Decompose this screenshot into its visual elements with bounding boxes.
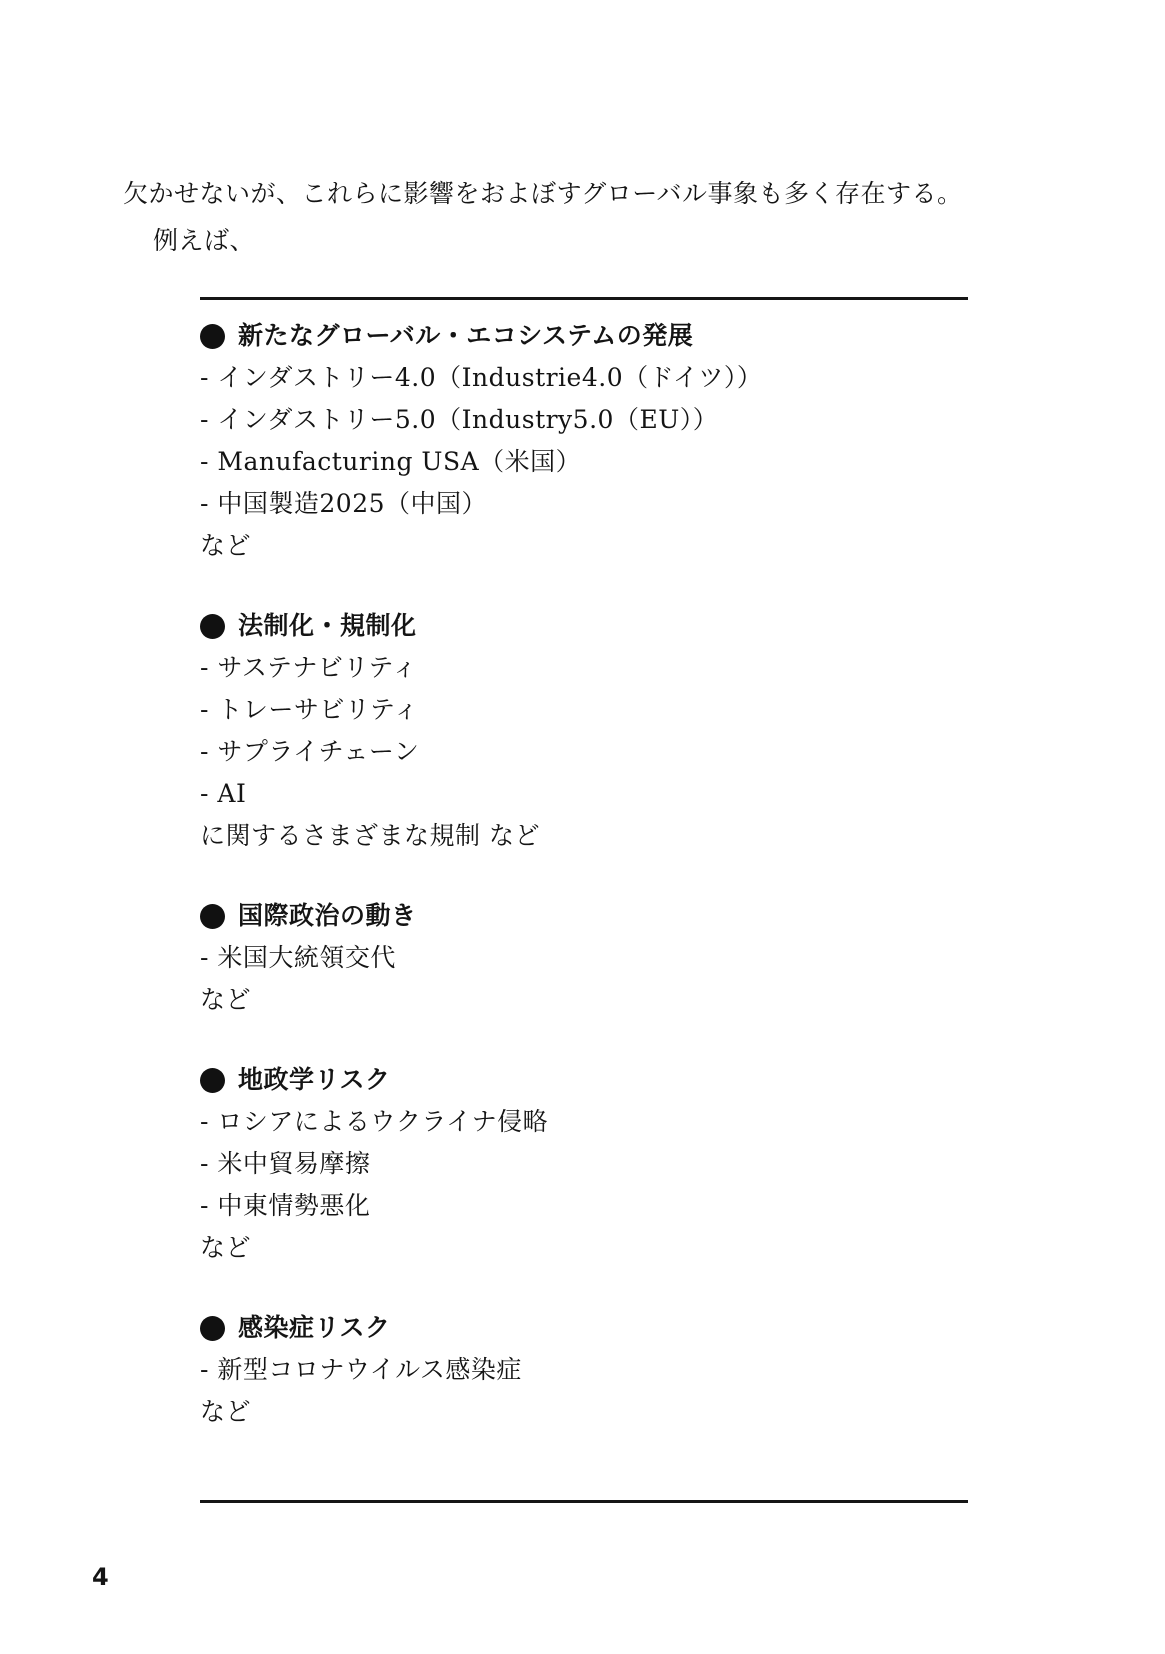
topic-item: - 米中貿易摩擦 xyxy=(200,1143,968,1185)
topic-item: に関するさまざまな規制 など xyxy=(200,815,968,857)
topic-heading-text: 地政学リスク xyxy=(238,1059,391,1101)
topic-item: - 米国大統領交代 xyxy=(200,937,968,979)
topic-item: - 中国製造2025（中国） xyxy=(200,483,968,525)
topic-heading: 地政学リスク xyxy=(200,1059,968,1101)
topic-section: 地政学リスク - ロシアによるウクライナ侵略 - 米中貿易摩擦 - 中東情勢悪化… xyxy=(200,1059,968,1269)
topic-heading: 法制化・規制化 xyxy=(200,605,968,647)
topic-heading-text: 国際政治の動き xyxy=(238,895,417,937)
topic-section: 国際政治の動き - 米国大統領交代 など xyxy=(200,895,968,1021)
topic-section: 新たなグローバル・エコシステムの発展 - インダストリー4.0（Industri… xyxy=(200,315,968,567)
bullet-icon xyxy=(200,1316,225,1341)
topic-heading-text: 法制化・規制化 xyxy=(238,605,417,647)
topic-heading-text: 感染症リスク xyxy=(238,1307,391,1349)
topic-heading: 感染症リスク xyxy=(200,1307,968,1349)
topic-item-list: - サステナビリティ - トレーサビリティ - サプライチェーン - AI に関… xyxy=(200,647,968,857)
topic-item: - インダストリー4.0（Industrie4.0（ドイツ）） xyxy=(200,357,968,399)
topic-heading: 国際政治の動き xyxy=(200,895,968,937)
topic-item-list: - インダストリー4.0（Industrie4.0（ドイツ）） - インダストリ… xyxy=(200,357,968,567)
topic-sections: 新たなグローバル・エコシステムの発展 - インダストリー4.0（Industri… xyxy=(200,315,968,1433)
topic-item: - AI xyxy=(200,773,968,815)
topic-item-list: - 新型コロナウイルス感染症 など xyxy=(200,1349,968,1433)
topic-section: 感染症リスク - 新型コロナウイルス感染症 など xyxy=(200,1307,968,1433)
bullet-icon xyxy=(200,614,225,639)
page-number: 4 xyxy=(92,1562,109,1592)
topic-item: - サステナビリティ xyxy=(200,647,968,689)
document-page: 欠かせないが、これらに影響をおよぼすグローバル事象も多く存在する。 例えば、 新… xyxy=(0,0,1165,1654)
topic-item: - トレーサビリティ xyxy=(200,689,968,731)
topic-heading-text: 新たなグローバル・エコシステムの発展 xyxy=(238,315,693,357)
topic-item: - ロシアによるウクライナ侵略 xyxy=(200,1101,968,1143)
topic-item: - 中東情勢悪化 xyxy=(200,1185,968,1227)
topic-heading: 新たなグローバル・エコシステムの発展 xyxy=(200,315,968,357)
topic-item: など xyxy=(200,525,968,567)
topic-item: など xyxy=(200,1227,968,1269)
topic-item: - 新型コロナウイルス感染症 xyxy=(200,1349,968,1391)
bottom-rule xyxy=(200,1500,968,1503)
top-rule xyxy=(200,297,968,300)
intro-line-2: 例えば、 xyxy=(123,217,963,264)
topic-item: - サプライチェーン xyxy=(200,731,968,773)
intro-paragraph: 欠かせないが、これらに影響をおよぼすグローバル事象も多く存在する。 例えば、 xyxy=(123,170,963,264)
topic-item: - Manufacturing USA（米国） xyxy=(200,441,968,483)
global-events-box: 新たなグローバル・エコシステムの発展 - インダストリー4.0（Industri… xyxy=(200,297,968,1503)
topic-section: 法制化・規制化 - サステナビリティ - トレーサビリティ - サプライチェーン… xyxy=(200,605,968,857)
topic-item-list: - ロシアによるウクライナ侵略 - 米中貿易摩擦 - 中東情勢悪化 など xyxy=(200,1101,968,1269)
topic-item: など xyxy=(200,1391,968,1433)
bullet-icon xyxy=(200,324,225,349)
topic-item: など xyxy=(200,979,968,1021)
bullet-icon xyxy=(200,904,225,929)
topic-item: - インダストリー5.0（Industry5.0（EU）） xyxy=(200,399,968,441)
bullet-icon xyxy=(200,1068,225,1093)
topic-item-list: - 米国大統領交代 など xyxy=(200,937,968,1021)
intro-line-1: 欠かせないが、これらに影響をおよぼすグローバル事象も多く存在する。 xyxy=(123,170,963,217)
